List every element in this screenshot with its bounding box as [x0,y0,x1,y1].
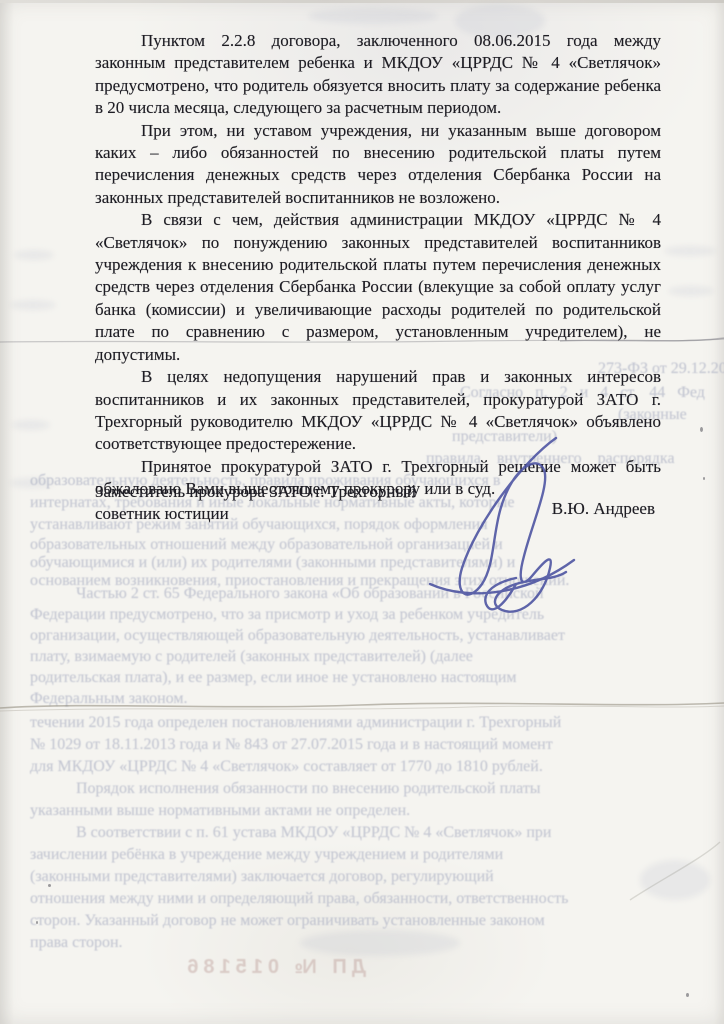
smudge [10,478,54,488]
showthrough-line: организации, осуществляющей образователь… [30,627,565,645]
showthrough-line: отношения между ними и определяющий прав… [30,890,568,908]
ink-speck [48,884,51,887]
showthrough-line: указанными выше нормативными актами не о… [30,802,410,820]
ink-speck [36,921,38,924]
showthrough-line: сторон. Указанный договор не может огран… [30,912,545,930]
showthrough-line: родительская плата), и ее размер, если и… [30,669,517,687]
showthrough-line: права сторон. [30,934,123,952]
smudge [308,8,438,24]
smudge [668,286,714,296]
ink-speck [703,477,705,480]
showthrough-line: (законными представителями) заключается … [30,868,494,886]
ink-speck [686,993,689,997]
signature-stroke [404,432,584,622]
crease-bottom-right [620,840,724,940]
smudge [10,300,56,310]
scan-edge [0,0,724,3]
body-text: Пунктом 2.2.8 договора, заключенного 08.… [95,30,661,501]
fold-crease-lower [0,694,724,718]
scanned-document-page: 273-ФЗ от 29.12.2012Согласно п. 2 и 4 ст… [0,0,724,1024]
form-number-stamp: ДП № 015186 [146,956,366,979]
showthrough-line: плату, взимаемую с родителей (законных п… [30,648,473,666]
showthrough-line: № 1029 от 18.11.2013 года и № 843 от 27.… [30,736,553,754]
showthrough-line: В соответствии с п. 61 устава МКДОУ «ЦРР… [76,824,552,842]
paragraph: Пунктом 2.2.8 договора, заключенного 08.… [95,30,661,120]
showthrough-line: зачислении ребёнка в учреждение между уч… [30,846,503,864]
ink-speck [700,427,703,432]
smudge [664,246,716,256]
smudge [300,930,460,956]
smudge [14,250,54,260]
showthrough-line: для МКДОУ «ЦРРДС № 4 «Светлячок» составл… [30,758,543,776]
paragraph: В связи с чем, действия администрации МК… [95,209,661,366]
smudge [12,420,50,430]
showthrough-line: Порядок исполнения обязанности по внесен… [76,780,541,798]
paragraph: При этом, ни уставом учреждения, ни указ… [95,120,661,210]
